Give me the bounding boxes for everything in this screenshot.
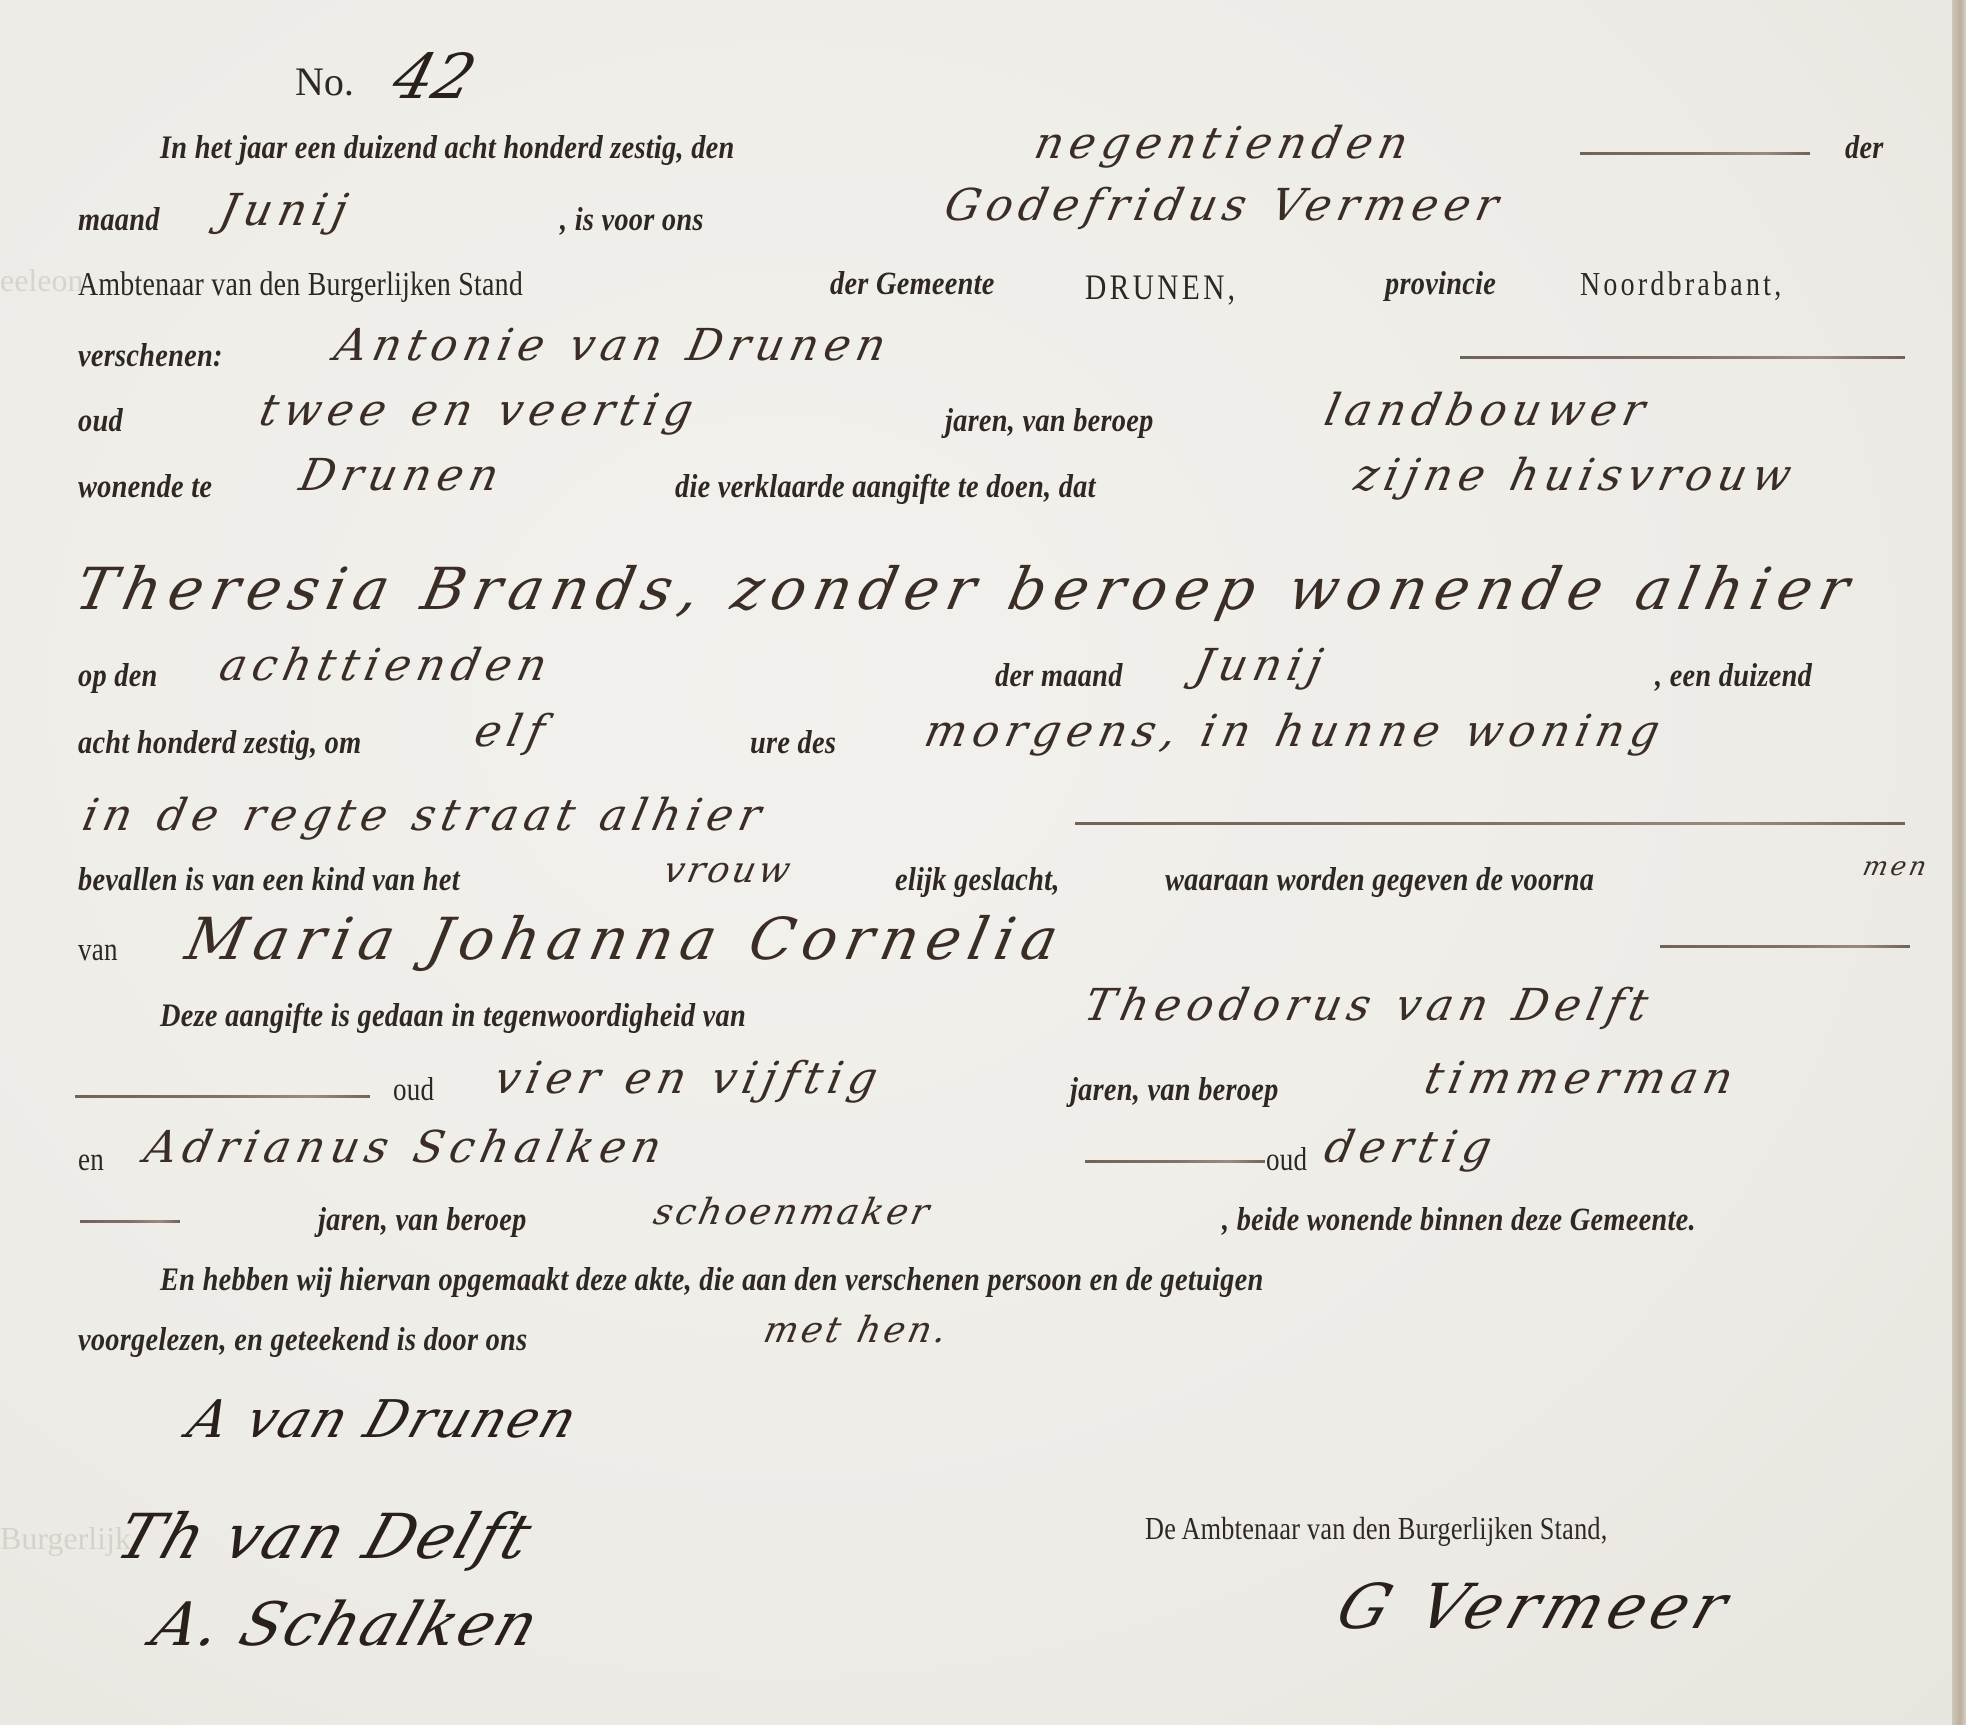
handwritten-witness-1-occupation: timmerman: [1420, 1053, 1743, 1104]
handwritten-age: twee en veertig: [255, 385, 704, 436]
printed-text: oud: [78, 403, 123, 440]
bleed-through-text: eeleon: [0, 262, 84, 299]
printed-text: jaren, van beroep: [945, 403, 1154, 440]
handwritten-closing: met hen.: [760, 1310, 953, 1351]
printed-text: bevallen is van een kind van het: [78, 862, 460, 899]
printed-text: der Gemeente: [830, 266, 995, 303]
fill-rule: [1085, 1160, 1265, 1163]
fill-rule: [1580, 152, 1810, 155]
printed-text: verschenen:: [78, 338, 223, 375]
printed-text: en: [78, 1142, 104, 1179]
printed-text: acht honderd zestig, om: [78, 725, 361, 762]
printed-text: En hebben wij hiervan opgemaakt deze akt…: [160, 1262, 1263, 1299]
printed-text: oud: [393, 1072, 434, 1109]
handwritten-gender: vrouw: [660, 850, 797, 891]
handwritten-occupation: landbouwer: [1320, 385, 1655, 436]
printed-text: Deze aangifte is gedaan in tegenwoordigh…: [160, 998, 746, 1035]
printed-text: jaren, van beroep: [1070, 1072, 1279, 1109]
printed-text: , een duizend: [1655, 658, 1812, 695]
handwritten-birth-month: Junij: [1190, 640, 1333, 691]
handwritten-official-name: Godefridus Vermeer: [940, 180, 1509, 231]
handwritten-birth-day: achttienden: [215, 640, 557, 691]
printed-text: der maand: [995, 658, 1123, 695]
printed-text: elijk geslacht,: [895, 862, 1060, 899]
handwritten-relation: zijne huisvrouw: [1350, 450, 1802, 501]
fill-rule: [1075, 822, 1905, 825]
province-name: Noordbrabant,: [1580, 266, 1784, 304]
printed-text: op den: [78, 658, 158, 695]
handwritten-month: Junij: [215, 185, 358, 236]
handwritten-time-place: morgens, in hunne woning: [920, 706, 1670, 757]
signature-official: G Vermeer: [1328, 1570, 1742, 1643]
handwritten-witness-1-age: vier en vijftig: [490, 1053, 888, 1104]
handwritten-street: in de regte straat alhier: [78, 790, 772, 841]
printed-text: die verklaarde aangifte te doen, dat: [675, 469, 1096, 506]
printed-text: Ambtenaar van den Burgerlijken Stand: [78, 266, 523, 304]
printed-text: oud: [1266, 1142, 1307, 1179]
fill-rule: [1660, 945, 1910, 948]
record-number: 42: [385, 40, 483, 113]
record-number-label: No.: [295, 58, 354, 105]
handwritten-residence: Drunen: [295, 450, 509, 501]
printed-text: provincie: [1385, 266, 1496, 303]
fill-rule: [75, 1095, 370, 1098]
handwritten-witness-2-age: dertig: [1320, 1122, 1502, 1173]
signature-witness-1: Th van Delft: [108, 1500, 542, 1573]
fill-rule: [80, 1220, 180, 1223]
printed-text: maand: [78, 202, 160, 239]
handwritten-mother: Theresia Brands, zonder beroep wonende a…: [70, 555, 1863, 623]
printed-text: jaren, van beroep: [318, 1202, 527, 1239]
handwritten-declarant: Antonie van Drunen: [330, 320, 896, 371]
official-label: De Ambtenaar van den Burgerlijken Stand,: [1145, 1510, 1608, 1547]
fill-rule: [1460, 356, 1905, 359]
printed-text: der: [1845, 130, 1884, 167]
handwritten-hour: elf: [470, 706, 555, 757]
printed-text: , beide wonende binnen deze Gemeente.: [1222, 1202, 1696, 1239]
printed-text: , is voor ons: [560, 202, 704, 239]
handwritten-child-name: Maria Johanna Cornelia: [180, 905, 1072, 973]
printed-text: waaraan worden gegeven de voorna: [1165, 862, 1594, 899]
document-page: eeleon Burgerlijk No. 42 In het jaar een…: [0, 0, 1952, 1725]
printed-text: voorgelezen, en geteekend is door ons: [78, 1322, 527, 1359]
handwritten-witness-1: Theodorus van Delft: [1080, 980, 1658, 1031]
printed-text: ure des: [750, 725, 836, 762]
signature-declarant: A van Drunen: [180, 1390, 586, 1450]
handwritten-day: negentienden: [1030, 118, 1418, 169]
municipality-name: DRUNEN,: [1085, 266, 1238, 308]
printed-text: wonende te: [78, 469, 212, 506]
handwritten-suffix: men: [1860, 852, 1932, 882]
bleed-through-text: Burgerlijk: [0, 1520, 131, 1557]
page-binding-edge: [1952, 0, 1966, 1725]
signature-witness-2: A. Schalken: [144, 1590, 549, 1660]
handwritten-witness-2-occupation: schoenmaker: [650, 1192, 936, 1233]
printed-text: van: [78, 932, 118, 969]
handwritten-witness-2: Adrianus Schalken: [140, 1122, 672, 1173]
printed-text: In het jaar een duizend acht honderd zes…: [160, 130, 735, 167]
